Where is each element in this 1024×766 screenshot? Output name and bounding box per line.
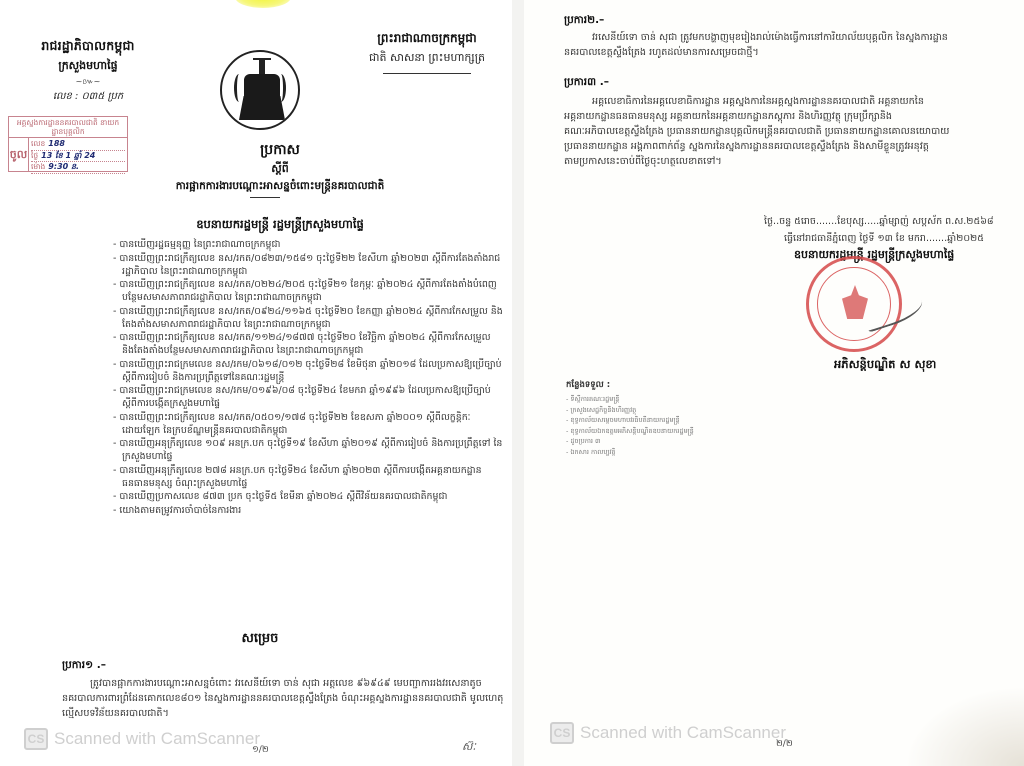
article-3-line: ប្រធាននាយកដ្ឋាន អង្គភាពពាក់ព័ន្ធ ស្នងការ… [564, 139, 1024, 154]
national-motto: ជាតិ សាសនា ព្រះមហាក្សត្រ [352, 51, 502, 67]
consideration-item: បានឃើញព្រះរាជក្រមលេខ នស/រកម/០៦១៨/០១២ ចុះ… [113, 358, 505, 384]
document-title-block: ប្រកាស ស្តីពី ការផ្អាកការងារបណ្តោះអាសន្ន… [130, 140, 430, 195]
stamp-row-value: 13 ខែ 1 ឆ្នាំ 24 [41, 151, 95, 162]
consideration-item: បានឃើញអនុក្រឹត្យលេខ ១០៩ អនក្រ.បក ចុះថ្ងៃ… [113, 437, 505, 463]
stamp-row-value: 9:30 ន. [48, 162, 79, 173]
camscanner-logo-icon: CS [24, 728, 48, 750]
recipient-item: ដូចប្រការ ៣ [566, 436, 694, 447]
article-2-body: វរសេនីយ៍ទោ ចាន់ សុជា ត្រូវមកបង្ហាញមុខរៀង… [564, 30, 1024, 60]
signer-name: អភិសន្តិបណ្ឌិត ស សុខា [834, 357, 936, 374]
document-title: ប្រកាស [130, 140, 430, 161]
stamp-row: លេខ 188 [31, 139, 125, 151]
initial-mark: ស៊ៈ [462, 740, 476, 756]
article-3-body: អគ្គលេខាធិការនៃអគ្គលេខាធិការដ្ឋាន អគ្គស្… [564, 94, 1024, 169]
recipient-item: ក្រសួងសេដ្ឋកិច្ចនិងហិរញ្ញវត្ថុ [566, 405, 694, 416]
decision-heading: សម្រេច [230, 630, 290, 649]
article-3-line: តាមប្រកាសនេះចាប់ពីថ្ងៃចុះហត្ថលេខាតទៅ។ [564, 154, 1024, 169]
document-subject: ការផ្អាកការងារបណ្តោះអាសន្នចំពោះមន្ត្រីនគ… [130, 180, 430, 195]
consideration-item: បានឃើញព្រះរាជក្រឹត្យលេខ នស/រកត/០២២៤/២០៥ … [113, 278, 505, 304]
stamp-row-label: ម៉ោង [31, 162, 45, 173]
document-page-1: រាជរដ្ឋាភិបាលកម្ពុជា ក្រសួងមហាផ្ទៃ ~៚~ ល… [0, 0, 512, 766]
page-number: ២/២ [776, 738, 793, 751]
recipients-block: កន្លែងទទួល : ទីស្តីការគណៈរដ្ឋមន្ត្រី ក្រ… [566, 380, 694, 457]
stamp-row-value: 188 [48, 139, 65, 150]
stamp-row-label: លេខ [31, 139, 45, 150]
kingdom-name: ព្រះរាជាណាចក្រកម្ពុជា [352, 30, 502, 48]
ornament: ~៚~ [38, 76, 138, 88]
watermark-text: Scanned with CamScanner [54, 729, 260, 749]
royal-emblem-icon [220, 50, 300, 130]
article-3-heading: ប្រការ៣ .– [564, 76, 609, 91]
article-3-line: អគ្គលេខាធិការនៃអគ្គលេខាធិការដ្ឋាន អគ្គស្… [564, 94, 1024, 109]
article-2-line: វរសេនីយ៍ទោ ចាន់ សុជា ត្រូវមកបង្ហាញមុខរៀង… [564, 30, 1024, 45]
camscanner-logo-icon: CS [550, 722, 574, 744]
reference-number: លេខ : ០៣៥ ប្រក [38, 89, 138, 104]
article-3-line: អគ្គនាយកដ្ឋានធនធានមនុស្ស អគ្គនាយកនៃអគ្គន… [564, 109, 1024, 124]
stamp-row: ថ្ងៃ 13 ខែ 1 ឆ្នាំ 24 [31, 151, 125, 163]
stamp-side-label: ចូល [9, 138, 29, 171]
consideration-item: យោងតាមតម្រូវការចាំបាច់នៃការងារ [113, 504, 505, 517]
government-name: រាជរដ្ឋាភិបាលកម្ពុជា [38, 38, 138, 57]
scanner-watermark: CS Scanned with CamScanner [24, 728, 260, 750]
title-divider [250, 197, 280, 198]
kingdom-header: ព្រះរាជាណាចក្រកម្ពុជា ជាតិ សាសនា ព្រះមហា… [352, 30, 502, 74]
consideration-item: បានឃើញរដ្ឋធម្មនុញ្ញ នៃព្រះរាជាណាចក្រកម្ព… [113, 238, 505, 251]
article-1-body: ត្រូវបានផ្អាកការងារបណ្តោះអាសន្នចំពោះ វរស… [62, 676, 507, 721]
scanner-watermark: CS Scanned with CamScanner [550, 722, 786, 744]
ministry-header: រាជរដ្ឋាភិបាលកម្ពុជា ក្រសួងមហាផ្ទៃ ~៚~ ល… [38, 38, 138, 104]
consideration-item: បានឃើញព្រះរាជក្រមលេខ នស/រកម/០១៩៦/០៨ ចុះថ… [113, 384, 505, 410]
consideration-item: បានឃើញព្រះរាជក្រឹត្យលេខ នស/រកត/០៨២៣/១៥៨១… [113, 252, 505, 278]
consideration-item: បានឃើញព្រះរាជក្រឹត្យលេខ នស/រកត/០៩២៤/១១៦៥… [113, 305, 505, 331]
received-stamp: អគ្គស្នងការដ្ឋាននគរបាលជាតិ នាយកដ្ឋានបុគ្… [8, 116, 128, 172]
recipient-item: ខុទ្ទកាល័យឯកឧត្តមអភិសន្តិបណ្ឌិតឧបនាយករដ្… [566, 426, 694, 437]
article-2-heading: ប្រការ២.– [564, 14, 604, 29]
consideration-item: បានឃើញព្រះរាជក្រឹត្យលេខ នស/រកត/១១២៤/១៨៧៧… [113, 331, 505, 357]
recipient-item: ខុទ្ទកាល័យសម្តេចមហាបវរធិបតីនាយករដ្ឋមន្ត្… [566, 415, 694, 426]
issuing-authority: ឧបនាយករដ្ឋមន្ត្រី រដ្ឋមន្ត្រីក្រសួងមហាផ្… [130, 217, 430, 234]
solar-date: ធ្វើនៅរាជធានីភ្នំពេញ ថ្ងៃទី ១៣ ខែ មករា..… [784, 232, 984, 246]
scan-shadow [904, 686, 1024, 766]
article-3-line: គណៈអភិបាលខេត្តស្ទឹងត្រែង ប្រធាននាយកដ្ឋាន… [564, 124, 1024, 139]
considerations-list: បានឃើញរដ្ឋធម្មនុញ្ញ នៃព្រះរាជាណាចក្រកម្ព… [113, 238, 505, 517]
page-gutter [512, 0, 524, 766]
page-number: ១/២ [252, 744, 269, 757]
consideration-item: បានឃើញប្រកាសលេខ ៨៧៣ ប្រក ចុះថ្ងៃទី៥ ខែមី… [113, 490, 505, 503]
document-page-2: ប្រការ២.– វរសេនីយ៍ទោ ចាន់ សុជា ត្រូវមកបង… [524, 0, 1024, 766]
stamp-row-label: ថ្ងៃ [31, 151, 38, 162]
watermark-text: Scanned with CamScanner [580, 723, 786, 743]
article-1-heading: ប្រការ១ .– [62, 659, 106, 674]
recipients-list: ទីស្តីការគណៈរដ្ឋមន្ត្រី ក្រសួងសេដ្ឋកិច្ច… [566, 394, 694, 457]
document-subtitle: ស្តីពី [130, 162, 430, 178]
motto-divider [383, 73, 471, 74]
stamp-row: ម៉ោង 9:30 ន. [31, 162, 125, 174]
consideration-item: បានឃើញព្រះរាជក្រឹត្យលេខ នស/រកត/០៥០១/១៧៨ … [113, 411, 505, 437]
highlight-mark [235, 0, 291, 8]
recipient-item: ឯកសារ កាលប្បវត្តិ [566, 447, 694, 458]
consideration-item: បានឃើញអនុក្រឹត្យលេខ ២៧៨ អនក្រ.បក ចុះថ្ងៃ… [113, 464, 505, 490]
recipient-item: ទីស្តីការគណៈរដ្ឋមន្ត្រី [566, 394, 694, 405]
ministry-name: ក្រសួងមហាផ្ទៃ [38, 59, 138, 75]
lunar-date: ថ្ងៃ..ចន្ទ ៥រោច.......ខែបុស្ស.....ឆ្នាំម… [764, 215, 994, 229]
stamp-heading: អគ្គស្នងការដ្ឋាននគរបាលជាតិ នាយកដ្ឋានបុគ្… [9, 117, 127, 138]
article-2-line: នគរបាលខេត្តស្ទឹងត្រែង រហូតដល់មានការសម្រេ… [564, 45, 1024, 60]
recipients-title: កន្លែងទទួល : [566, 380, 694, 392]
